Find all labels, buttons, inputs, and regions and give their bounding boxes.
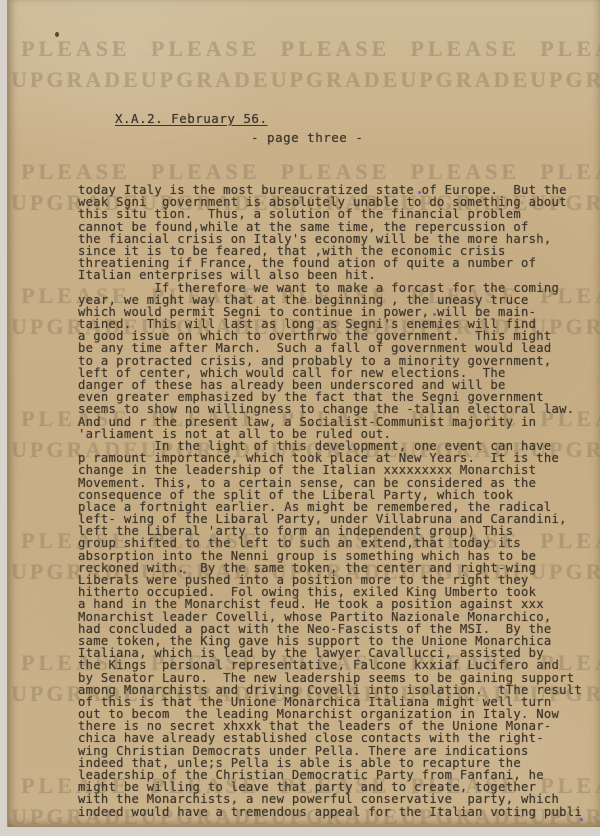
text-line: If therefore we want to make a forcast f… [78, 282, 593, 294]
text-line: And und r the present law, a Socialist-C… [78, 416, 593, 428]
text-line: be any time after March. Such a fall of … [78, 342, 593, 354]
ink-speck [433, 313, 436, 316]
text-line: Movement. This, to a certain sense, can … [78, 477, 593, 489]
text-line: group shifted to the left to such an ext… [78, 537, 593, 549]
text-line: chica have already established close con… [78, 732, 593, 744]
text-line: by Senator Lauro. The new leadership see… [78, 672, 593, 684]
scanned-document: PLEASEUPGRADEPLEASEUPGRADEPLEASEUPGRADEP… [0, 0, 600, 836]
watermark-stamp: PLEASEUPGRADE [141, 34, 271, 95]
text-line: the Kings personal representative, Falco… [78, 659, 593, 671]
text-line: Monarchist leader Covelli, whose Partito… [78, 611, 593, 623]
watermark-stamp: PLEASEUPGRADE [11, 34, 141, 95]
text-line: a hand in the Monarchist feud. He took a… [78, 598, 593, 610]
text-line: seems to show no willingness to change t… [78, 403, 593, 415]
ink-speck [580, 818, 583, 821]
text-line: cannot be found,while at the same time, … [78, 221, 593, 233]
text-line: absorption into the Nenni group is somet… [78, 550, 593, 562]
page-number-label: - page three - [251, 130, 363, 145]
ink-speck [55, 32, 59, 37]
text-line: with the Monarchists, a new powerful con… [78, 793, 593, 805]
text-line: change in the leadership of the Italian … [78, 464, 593, 476]
watermark-stamp: PLEASEUPGRADE [271, 34, 401, 95]
typewritten-body: today Italy is the most bureaucratized s… [78, 184, 593, 818]
text-line: this situ tion. Thus, a solution of the … [78, 208, 593, 220]
ink-speck [183, 571, 186, 574]
text-line: wing Christian Democrats under Pella. Th… [78, 745, 593, 757]
ink-speck [500, 686, 503, 689]
watermark-stamp: PLEASEUPGRADE [530, 34, 600, 95]
watermark-stamp: PLEASEUPGRADE [400, 34, 530, 95]
text-line: Italian enterprises will also been hit. [78, 269, 593, 281]
text-line: indeed would have a tremendous appeal fo… [78, 806, 593, 818]
text-line: to a protracted crisis, and probably to … [78, 355, 593, 367]
document-reference: X.A.2. February 56. [115, 111, 268, 126]
ink-speck [418, 191, 421, 194]
